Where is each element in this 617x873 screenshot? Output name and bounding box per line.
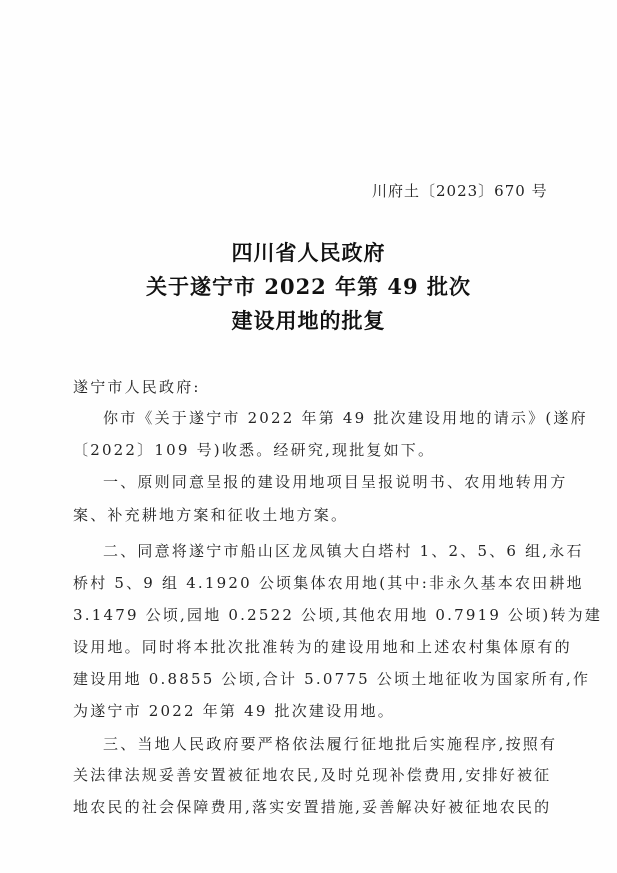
body-line: 设用地。同时将本批次批准转为的建设用地和上述农村集体原有的 [73, 636, 572, 657]
salutation: 遂宁市人民政府: [73, 376, 201, 397]
body-line: 桥村 5、9 组 4.1920 公顷集体农用地(其中:非永久基本农田耕地 [73, 572, 584, 593]
body-line: 三、当地人民政府要严格依法履行征地批后实施程序,按照有 [103, 733, 557, 754]
body-line: 案、补充耕地方案和征收土地方案。 [73, 504, 348, 525]
body-line: 3.1479 公顷,园地 0.2522 公顷,其他农用地 0.7919 公顷)转… [73, 604, 602, 625]
body-line: 为遂宁市 2022 年第 49 批次建设用地。 [73, 700, 395, 721]
title-line-subject: 关于遂宁市 2022 年第 49 批次 [0, 271, 617, 301]
body-line: 建设用地 0.8855 公顷,合计 5.0775 公顷土地征收为国家所有,作 [73, 668, 590, 689]
body-line: 关法律法规妥善安置被征地农民,及时兑现补偿费用,安排好被征 [73, 764, 551, 785]
body-line: 〔2022〕109 号)收悉。经研究,现批复如下。 [73, 439, 435, 460]
body-line: 一、原则同意呈报的建设用地项目呈报说明书、农用地转用方 [103, 471, 567, 492]
title-line-issuer: 四川省人民政府 [0, 237, 617, 267]
body-line: 地农民的社会保障费用,落实安置措施,妥善解决好被征地农民的 [73, 796, 551, 817]
document-number: 川府土〔2023〕670 号 [372, 180, 548, 201]
title-line-type: 建设用地的批复 [0, 305, 617, 335]
body-line: 你市《关于遂宁市 2022 年第 49 批次建设用地的请示》(遂府 [103, 407, 588, 428]
body-line: 二、同意将遂宁市船山区龙凤镇大白塔村 1、2、5、6 组,永石 [103, 540, 584, 561]
document-page: 川府土〔2023〕670 号 四川省人民政府 关于遂宁市 2022 年第 49 … [0, 0, 617, 873]
